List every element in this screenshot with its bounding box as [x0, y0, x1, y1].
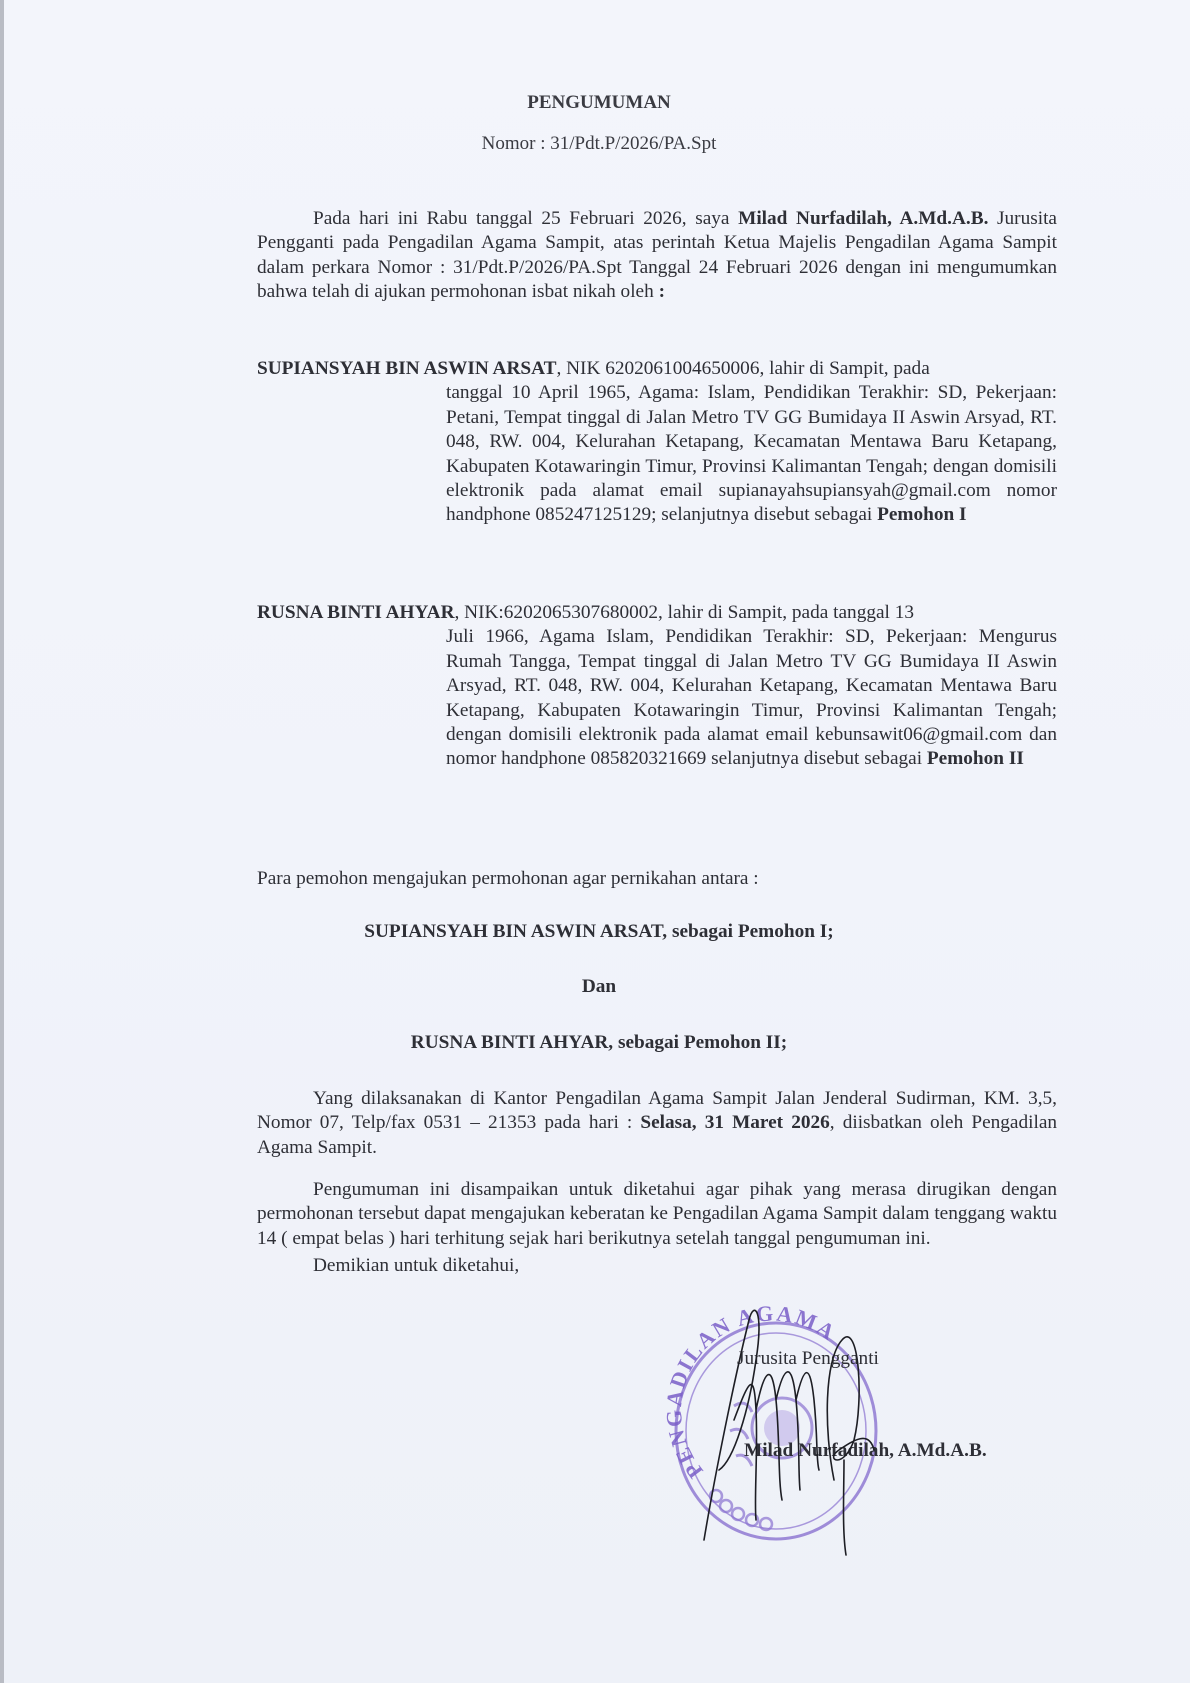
applicant-2-nik: , NIK:6202065307680002, lahir di Sampit,…	[455, 602, 914, 623]
execution-paragraph: Yang dilaksanakan di Kantor Pengadilan A…	[257, 1087, 1057, 1160]
applicant-1-role: Pemohon I	[877, 504, 966, 525]
case-number: Nomor : 31/Pdt.P/2026/PA.Spt	[4, 133, 1190, 155]
petition-statement: Para pemohon mengajukan permohonan agar …	[257, 868, 759, 890]
applicant-2-name: RUSNA BINTI AHYAR	[257, 602, 455, 623]
closing-line: Demikian untuk diketahui,	[313, 1255, 519, 1277]
intro-paragraph: Pada hari ini Rabu tanggal 25 Februari 2…	[257, 207, 1057, 305]
document-page: PENGUMUMAN Nomor : 31/Pdt.P/2026/PA.Spt …	[0, 0, 1190, 1683]
center-line-pemohon-2: RUSNA BINTI AHYAR, sebagai Pemohon II;	[4, 1032, 1190, 1054]
applicant-2-role: Pemohon II	[927, 748, 1024, 769]
applicant-1-name: SUPIANSYAH BIN ASWIN ARSAT	[257, 358, 556, 379]
center-line-dan: Dan	[4, 976, 1190, 998]
intro-text-1: Pada hari ini Rabu tanggal 25 Februari 2…	[313, 208, 738, 229]
notice-paragraph: Pengumuman ini disampaikan untuk diketah…	[257, 1178, 1057, 1251]
applicant-2: RUSNA BINTI AHYAR, NIK:6202065307680002,…	[257, 601, 1057, 772]
applicant-1-nik: , NIK 6202061004650006, lahir di Sampit,…	[556, 358, 929, 379]
center-line-pemohon-1: SUPIANSYAH BIN ASWIN ARSAT, sebagai Pemo…	[4, 921, 1190, 943]
handwritten-signature	[694, 1300, 924, 1560]
applicant-1: SUPIANSYAH BIN ASWIN ARSAT, NIK 62020610…	[257, 357, 1057, 528]
document-title: PENGUMUMAN	[4, 92, 1190, 114]
officer-name: Milad Nurfadilah, A.Md.A.B.	[738, 208, 988, 229]
intro-colon: :	[659, 281, 665, 302]
hearing-date: Selasa, 31 Maret 2026	[640, 1112, 829, 1133]
